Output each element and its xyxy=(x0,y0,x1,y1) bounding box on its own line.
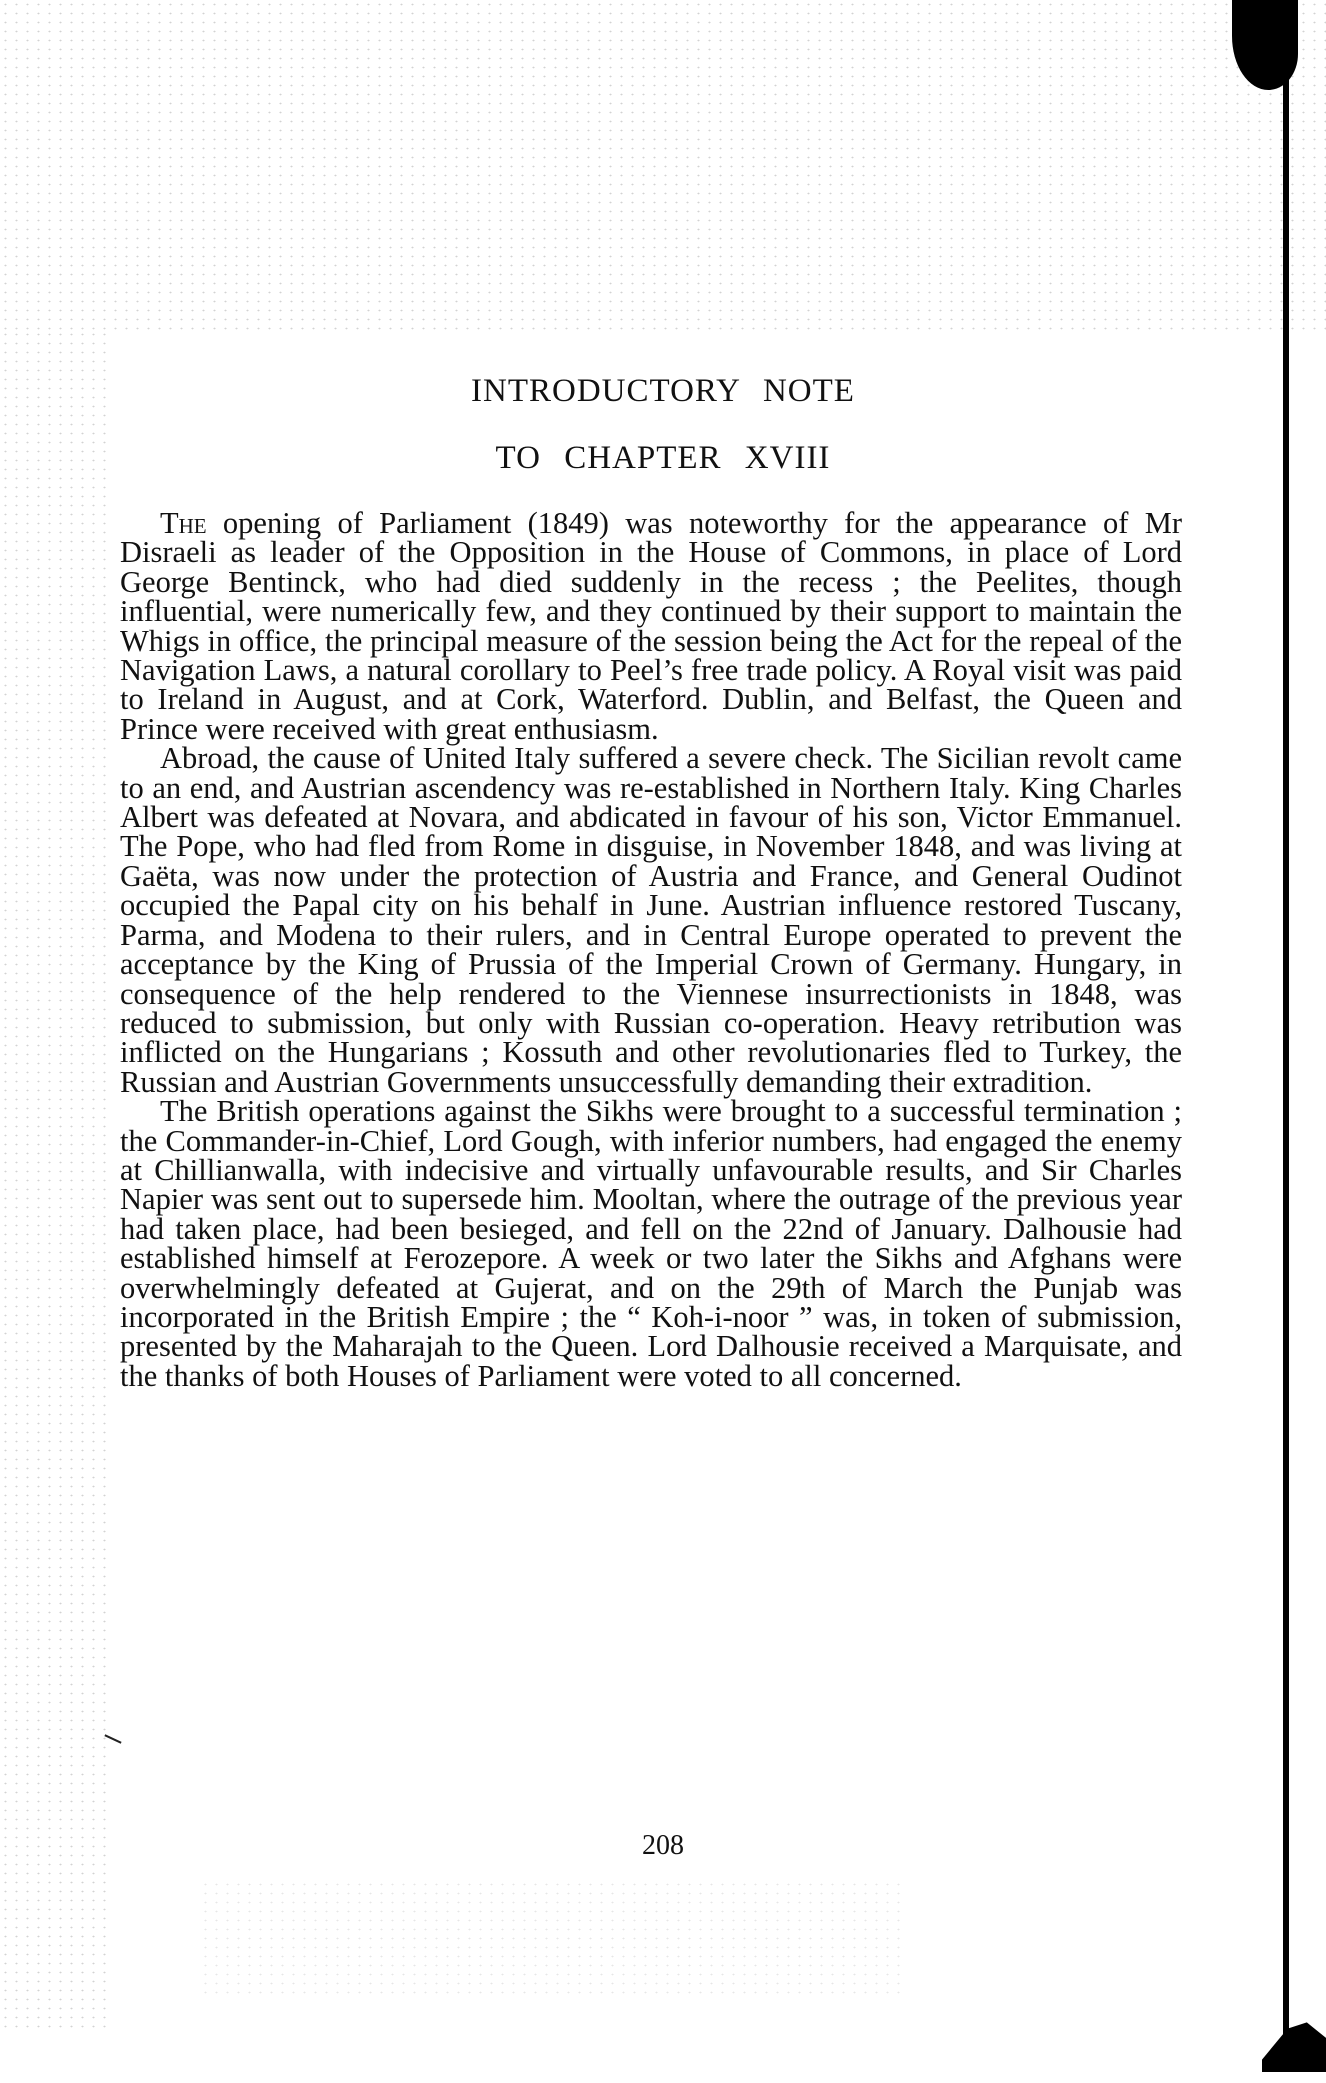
paragraph-text: The British operations against the Sikhs… xyxy=(120,1094,1182,1393)
scan-page-edge-line xyxy=(1283,60,1289,2045)
margin-pencil-mark xyxy=(104,1734,121,1743)
scan-edge-blot-bottom xyxy=(1262,2010,1326,2072)
paragraph-1: The opening of Parliament (1849) was not… xyxy=(120,509,1182,744)
page-number: 208 xyxy=(0,1830,1326,1862)
page-subtitle: TO CHAPTER XVIII xyxy=(0,440,1326,477)
scan-noise-bottom xyxy=(200,1880,900,2000)
page-title: INTRODUCTORY NOTE xyxy=(0,373,1326,410)
paragraph-text: Abroad, the cause of United Italy suffer… xyxy=(120,741,1182,1098)
paragraph-3: The British operations against the Sikhs… xyxy=(120,1097,1182,1391)
body-text: The opening of Parliament (1849) was not… xyxy=(120,509,1182,1391)
scan-noise-top xyxy=(0,0,1326,330)
scan-noise-left-margin xyxy=(0,330,110,2030)
paragraph-2: Abroad, the cause of United Italy suffer… xyxy=(120,744,1182,1097)
paragraph-text: opening of Parliament (1849) was notewor… xyxy=(120,506,1182,746)
